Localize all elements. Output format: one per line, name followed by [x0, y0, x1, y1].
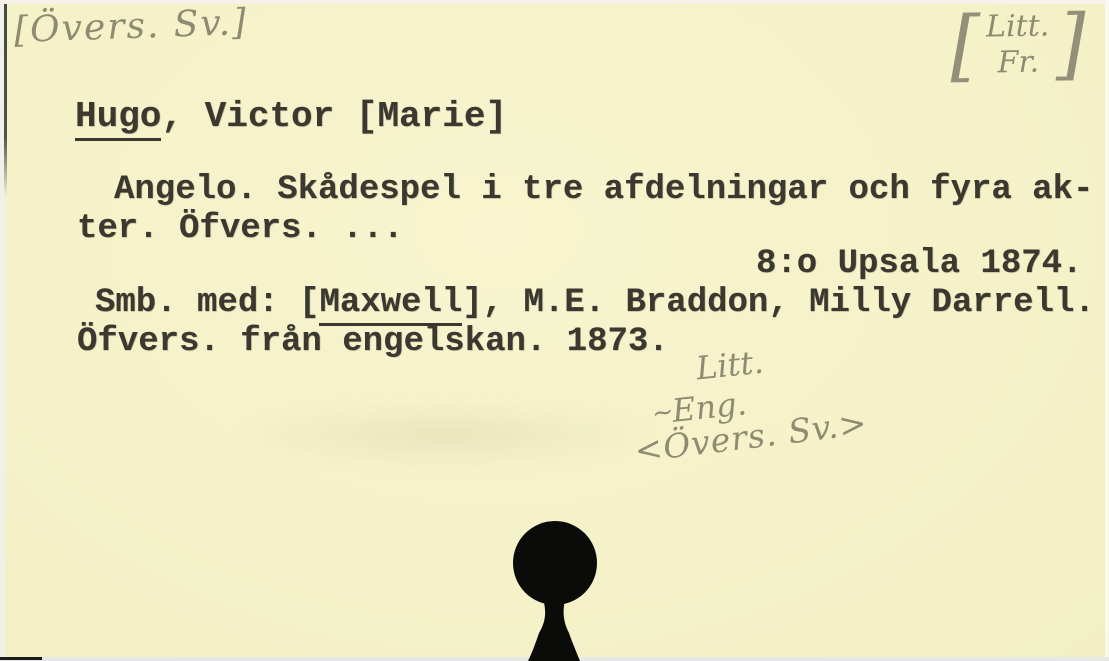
related-works-line: Smb. med: [Maxwell], M.E. Braddon, Milly…: [95, 284, 1095, 322]
card-edge-line: [4, 0, 7, 196]
related-name-underlined: Maxwell: [319, 284, 462, 326]
pencil-note-litt: Litt.: [986, 9, 1050, 46]
imprint-line: 8:o Upsala 1874.: [756, 245, 1082, 283]
author-forenames: , Victor [Marie]: [161, 96, 507, 137]
scan-edge-right: [1105, 0, 1109, 661]
related-prefix: Smb. med: [: [95, 284, 319, 322]
pencil-note-top-right: [ Litt. Fr. ]: [949, 7, 1086, 83]
translation-note-line: Öfvers. från engelskan. 1873.: [77, 323, 669, 361]
show-through-smudge: [235, 400, 655, 470]
pencil-note-top-right-lines: Litt. Fr.: [980, 8, 1056, 81]
author-surname-underlined: Hugo: [75, 96, 161, 141]
related-suffix: ], M.E. Braddon, Milly Darrell.: [462, 284, 1095, 322]
bracket-left: [: [949, 9, 981, 84]
author-heading: Hugo, Victor [Marie]: [75, 96, 507, 137]
pencil-note-fr: Fr.: [997, 45, 1039, 82]
bracket-right: ]: [1055, 7, 1087, 82]
pencil-note-litt-mid: Litt.: [694, 343, 765, 388]
scanned-catalog-card: [Övers. Sv.] [ Litt. Fr. ] Hugo, Victor …: [0, 0, 1109, 661]
scan-edge-bottom-dark: [0, 657, 42, 660]
punch-hole-icon: [486, 515, 626, 661]
title-line-2: ter. Öfvers. ...: [77, 210, 403, 248]
pencil-note-top-left: [Övers. Sv.]: [13, 2, 248, 51]
scan-edge-top: [0, 0, 1109, 4]
title-line-1: Angelo. Skådespel i tre afdelningar och …: [114, 171, 1093, 209]
